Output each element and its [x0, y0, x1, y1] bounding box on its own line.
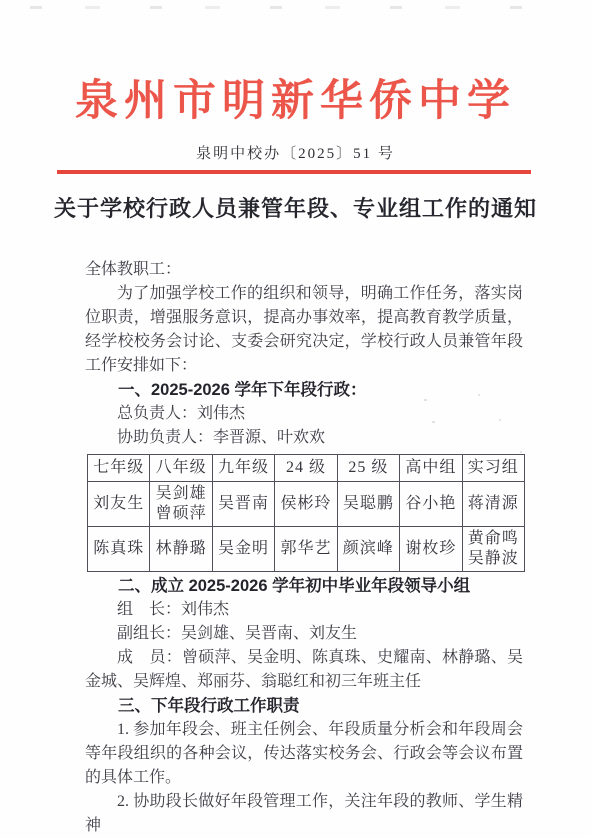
table-cell: 吴金明	[212, 527, 274, 572]
table-header-cell: 九年级	[212, 455, 274, 482]
duty-item-1: 1. 参加年段会、班主任例会、年段质量分析会和年段周会等年段组织的各种会议，传达…	[85, 718, 523, 790]
salutation: 全体教职工：	[85, 258, 523, 282]
section1-leader-line: 总负责人：刘伟杰	[85, 402, 523, 426]
table-cell: 谷小艳	[400, 482, 462, 527]
group-leader-line: 组 长：刘伟杰	[85, 598, 523, 622]
section1-assistant-line: 协助负责人：李晋源、叶欢欢	[85, 426, 523, 450]
table-header-cell: 高中组	[400, 455, 462, 482]
table-row: 刘友生 吴剑雄 曾硕萍 吴晋南 侯彬玲 吴聪鹏 谷小艳 蒋清源	[88, 482, 525, 527]
table-cell: 刘友生	[88, 482, 150, 527]
table-header-cell: 八年级	[150, 455, 212, 482]
table-header-cell: 实习组	[462, 455, 524, 482]
scan-artifact	[30, 6, 560, 9]
scan-artifact	[432, 421, 435, 423]
table-header-cell: 24 级	[275, 455, 337, 482]
table-cell: 吴聪鹏	[337, 482, 399, 527]
scan-artifact	[520, 451, 522, 453]
red-divider-rule	[57, 170, 531, 174]
staff-assignment-table: 七年级 八年级 九年级 24 级 25 级 高中组 实习组 刘友生 吴剑雄 曾硕…	[87, 454, 525, 572]
table-cell: 吴剑雄 曾硕萍	[150, 482, 212, 527]
document-number: 泉明中校办〔2025〕51 号	[0, 144, 591, 164]
table-header-cell: 七年级	[88, 455, 150, 482]
scan-artifact	[478, 394, 480, 396]
scanned-notice-page: 泉州市明新华侨中学 泉明中校办〔2025〕51 号 关于学校行政人员兼管年段、专…	[0, 0, 591, 838]
duty-item-2: 2. 协助段长做好年段管理工作，关注年段的教师、学生精神	[85, 790, 523, 838]
school-name-masthead: 泉州市明新华侨中学	[0, 0, 591, 130]
members-line: 成 员：曾硕萍、吴金明、陈真珠、史耀南、林静璐、吴金城、吴辉煌、郑丽芬、翁聪红和…	[85, 646, 523, 694]
notice-body: 全体教职工： 为了加强学校工作的组织和领导，明确工作任务，落实岗位职责，增强服务…	[85, 258, 523, 838]
table-header-cell: 25 级	[337, 455, 399, 482]
table-row: 陈真珠 林静璐 吴金明 郭华艺 颜滨峰 谢枚珍 黄俞鸣 吴静波	[88, 527, 525, 572]
table-cell: 侯彬玲	[275, 482, 337, 527]
intro-paragraph: 为了加强学校工作的组织和领导，明确工作任务，落实岗位职责，增强服务意识，提高办事…	[85, 282, 523, 378]
table-cell: 谢枚珍	[400, 527, 462, 572]
table-header-row: 七年级 八年级 九年级 24 级 25 级 高中组 实习组	[88, 455, 525, 482]
table-cell: 吴晋南	[212, 482, 274, 527]
table-cell: 郭华艺	[275, 527, 337, 572]
table-cell: 黄俞鸣 吴静波	[462, 527, 524, 572]
table-cell: 蒋清源	[462, 482, 524, 527]
section3-heading: 三、下年段行政工作职责	[85, 694, 523, 718]
deputy-leader-line: 副组长：吴剑雄、吴晋南、刘友生	[85, 622, 523, 646]
scan-artifact	[424, 399, 427, 401]
notice-title: 关于学校行政人员兼管年段、专业组工作的通知	[0, 194, 591, 224]
section2-heading: 二、成立 2025-2026 学年初中毕业年段领导小组	[85, 574, 523, 598]
table-cell: 林静璐	[150, 527, 212, 572]
table-cell: 颜滨峰	[337, 527, 399, 572]
table-cell: 陈真珠	[88, 527, 150, 572]
section1-heading: 一、2025-2026 学年下年段行政：	[85, 378, 523, 402]
scan-artifact	[499, 419, 501, 421]
